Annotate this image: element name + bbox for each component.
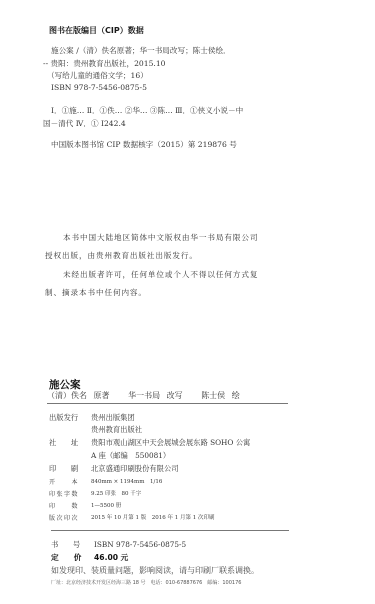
adapter-role: 改写 [167,390,183,401]
cip-classification: 国－清代 Ⅳ．① I242.4 [43,118,126,129]
sheets-value: 9.25 印张 80 千字 [91,489,141,497]
edition-label: 版次印次 [49,513,79,522]
publisher-address: 贵阳市观山湖区中天会展城会展东路 SOHO 公寓 [91,438,250,448]
authors-line: （清）佚名 原著 华一书局 改写 陈士侯 绘 [47,390,240,401]
publisher-postcode: A 座（邮编 550081） [91,451,170,461]
print-count-value: 1—5500 册 [91,501,121,509]
publisher-house: 贵州教育出版社 [91,425,142,435]
sheets-label: 印张字数 [49,489,79,498]
copyright-line: 未经出版者许可，任何单位或个人不得以任何方式复 [63,269,258,280]
edition-value: 2015 年 10 月第 1 版 2016 年 1 月第 1 次印刷 [91,513,214,521]
cip-line: （写给儿童的通俗文学；16） [47,70,148,81]
price-value: 46.00 元 [94,552,128,563]
copyright-line: 授权出版，由贵州教育出版社出版发行。 [45,250,198,261]
cip-isbn: ISBN 978-7-5456-0875-5 [51,83,147,92]
adapter: 华一书局 [128,390,160,401]
printer-label: 印 刷 [49,464,78,474]
cip-line: 施公案 /（清）佚名原著；华一书局改写；陈士侯绘． [51,45,231,56]
copyright-line: 制、摘录本书中任何内容。 [45,287,147,298]
quality-notice: 如发现印、装质量问题，影响阅读，请与印刷厂联系调换。 [51,565,259,576]
original-role: 原著 [94,390,110,401]
cip-number: 中国版本图书馆 CIP 数据核字（2015）第 219876 号 [51,139,237,150]
cip-heading: 图书在版编目（CIP）数据 [49,25,144,36]
illustrator-role: 绘 [232,390,240,401]
copyright-line: 本书中国大陆地区简体中文版权由华一书局有限公司 [63,232,258,243]
divider-bottom [51,530,289,531]
illustrator: 陈士侯 [201,390,225,401]
original-author: （清）佚名 [47,390,87,401]
isbn-label: 书 号 [51,540,80,550]
price-label: 定 价 [51,552,81,563]
cip-line: -- 贵阳：贵州教育出版社，2015.10 [43,58,165,69]
format-value: 840mm × 1194mm 1/16 [91,477,162,485]
cip-classification: Ⅰ．①施… Ⅱ．①佚… ②华… ③陈… Ⅲ．①侠义小说－中 [51,105,243,116]
isbn-value: ISBN 978-7-5456-0875-5 [94,540,186,549]
format-label: 开 本 [49,477,79,486]
publisher-group: 贵州出版集团 [91,413,135,423]
address-label: 社 址 [49,438,78,448]
print-count-label: 印 数 [49,501,79,510]
divider-top [47,403,288,404]
printer-address: 厂址：北京经济技术开发区经海三路 18 号 电话：010-67887676 邮编… [51,579,241,586]
printer-name: 北京盛通印刷股份有限公司 [91,464,179,474]
publisher-label: 出版发行 [49,413,78,423]
